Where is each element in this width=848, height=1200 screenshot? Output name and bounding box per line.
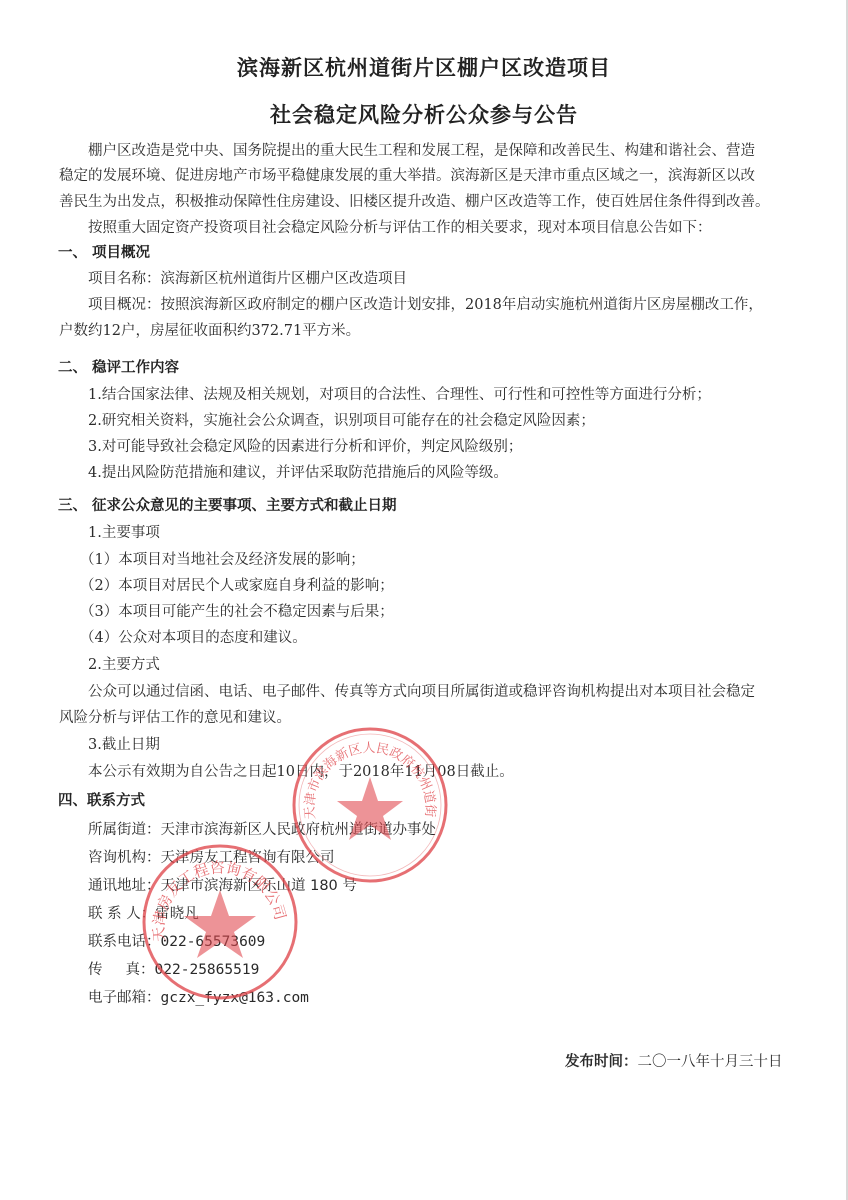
publish-date: 发布时间：二〇一八年十月三十日	[565, 1050, 783, 1071]
intro-line-2: 稳定的发展环境、促进房地产市场平稳健康发展的重大举措。滨海新区是天津市重点区域之…	[59, 166, 755, 186]
contact-value: 雷晓凡	[155, 906, 199, 922]
contact-value: 022-65573609	[161, 934, 266, 950]
document-title-line2: 社会稳定风险分析公众参与公告	[0, 99, 848, 129]
section4-heading: 四、联系方式	[58, 791, 145, 811]
matter-item: （2）本项目对居民个人或家庭自身利益的影响；	[80, 576, 394, 596]
contact-label: 传 真：	[88, 962, 155, 978]
intro-line-3: 善民生为出发点，积极推动保障性住房建设、旧楼区提升改造、棚户区改造等工作，使百姓…	[59, 192, 770, 212]
section1-heading: 一、 项目概况	[58, 243, 150, 263]
deadline-label: 3.截止日期	[88, 735, 160, 755]
document-page: 滨海新区杭州道街片区棚户区改造项目 社会稳定风险分析公众参与公告 棚户区改造是党…	[0, 0, 848, 1200]
contact-value[interactable]: gczx_fyzx@163.com	[161, 990, 309, 1006]
contact-value: 天津房友工程咨询有限公司	[161, 850, 335, 866]
contact-label: 咨询机构：	[88, 850, 161, 866]
main-methods-label: 2.主要方式	[88, 655, 160, 675]
work-item: 4.提出风险防范措施和建议，并评估采取防范措施后的风险等级。	[88, 463, 508, 483]
document-title-line1: 滨海新区杭州道街片区棚户区改造项目	[0, 52, 848, 82]
main-matters-label: 1.主要事项	[88, 523, 160, 543]
project-overview-line1: 项目概况：按照滨海新区政府制定的棚户区改造计划安排，2018年启动实施杭州道街片…	[88, 295, 763, 315]
work-item: 2.研究相关资料，实施社会公众调查，识别项目可能存在的社会稳定风险因素；	[88, 411, 595, 431]
methods-line1: 公众可以通过信函、电话、电子邮件、传真等方式向项目所属街道或稳评咨询机构提出对本…	[88, 682, 755, 702]
contact-person: 联 系 人：雷晓凡	[88, 904, 199, 924]
matter-item: （4）公众对本项目的态度和建议。	[80, 628, 307, 648]
section3-heading: 三、 征求公众意见的主要事项、主要方式和截止日期	[58, 496, 397, 516]
project-name: 项目名称：滨海新区杭州道街片区棚户区改造项目	[88, 269, 407, 289]
contact-value: 天津市滨海新区乐山道 180 号	[161, 878, 357, 894]
methods-line2: 风险分析与评估工作的意见和建议。	[59, 708, 291, 728]
contact-label: 电子邮箱：	[88, 990, 161, 1006]
contact-address: 通讯地址：天津市滨海新区乐山道 180 号	[88, 876, 357, 896]
contact-consultant: 咨询机构：天津房友工程咨询有限公司	[88, 848, 335, 868]
svg-text:天津房友工程咨询有限公司: 天津房友工程咨询有限公司	[150, 859, 290, 943]
contact-street: 所属街道：天津市滨海新区人民政府杭州道街道办事处	[88, 820, 436, 840]
deadline-text: 本公示有效期为自公告之日起10日内，于2018年11月08日截止。	[88, 762, 514, 782]
work-item: 1.结合国家法律、法规及相关规划，对项目的合法性、合理性、可行性和可控性等方面进…	[88, 385, 711, 405]
publish-value: 二〇一八年十月三十日	[638, 1054, 783, 1070]
contact-fax: 传 真：022-25865519	[88, 960, 259, 980]
work-item: 3.对可能导致社会稳定风险的因素进行分析和评价，判定风险级别；	[88, 437, 522, 457]
intro-line-1: 棚户区改造是党中央、国务院提出的重大民生工程和发展工程，是保障和改善民生、构建和…	[88, 141, 755, 161]
contact-label: 联系电话：	[88, 934, 161, 950]
contact-value: 天津市滨海新区人民政府杭州道街道办事处	[161, 822, 437, 838]
contact-email: 电子邮箱：gczx_fyzx@163.com	[88, 988, 309, 1008]
publish-label: 发布时间：	[565, 1054, 638, 1070]
section2-heading: 二、 稳评工作内容	[58, 358, 179, 378]
contact-label: 所属街道：	[88, 822, 161, 838]
contact-value: 022-25865519	[155, 962, 260, 978]
matter-item: （3）本项目可能产生的社会不稳定因素与后果；	[80, 602, 394, 622]
contact-label: 联 系 人：	[88, 906, 155, 922]
contact-label: 通讯地址：	[88, 878, 161, 894]
project-overview-line2: 户数约12户，房屋征收面积约372.71平方米。	[59, 321, 360, 341]
contact-phone: 联系电话：022-65573609	[88, 932, 265, 952]
matter-item: （1）本项目对当地社会及经济发展的影响；	[80, 550, 365, 570]
intro-line-4: 按照重大固定资产投资项目社会稳定风险分析与评估工作的相关要求，现对本项目信息公告…	[88, 218, 712, 238]
